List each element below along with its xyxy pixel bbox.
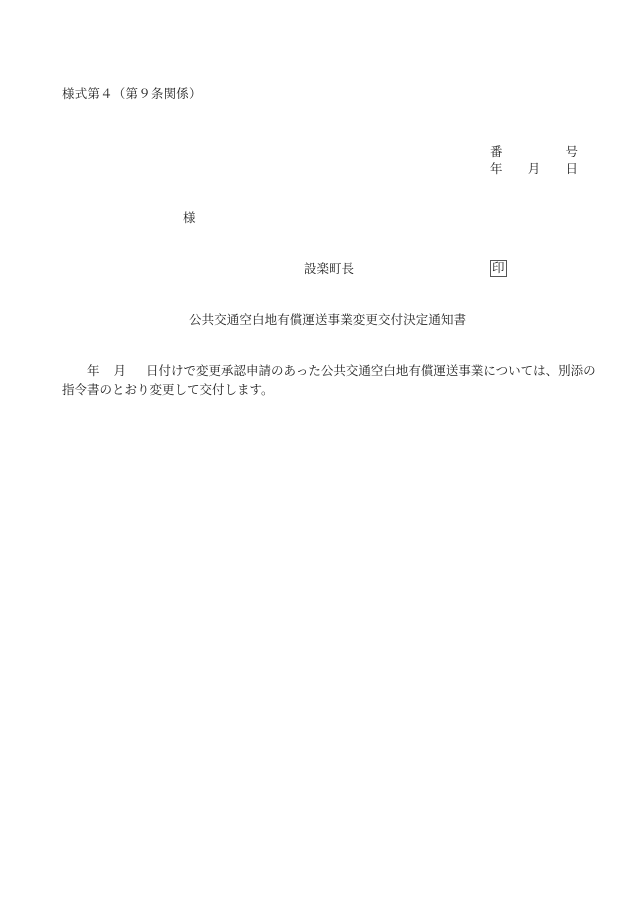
date-day: 日 [565,163,578,176]
body-line-1: 年月日付けで変更承認申請のあった公共交通空白地有償運送事業については、別添の [62,361,582,380]
number-label: 番 [490,146,503,159]
date-year: 年 [490,163,503,176]
seal-mark: 印 [490,260,507,277]
document-body: 年月日付けで変更承認申請のあった公共交通空白地有償運送事業については、別添の 指… [62,361,582,399]
number-suffix: 号 [565,146,578,159]
issuer-name: 設楽町長 [304,263,354,276]
document-title: 公共交通空白地有償運送事業変更交付決定通知書 [189,314,466,327]
body-line-2: 指令書のとおり変更して交付します。 [62,380,582,399]
date-month: 月 [528,163,541,176]
addressee-suffix: 様 [183,212,196,225]
form-label: 様式第４（第９条関係） [62,88,202,101]
body-line-1-text: 日付けで変更承認申請のあった公共交通空白地有償運送事業については、別添の [146,363,596,378]
body-year: 年 [87,363,100,378]
document-date-line: 年 月 日 [490,163,578,176]
body-month: 月 [114,363,127,378]
document-number-line: 番 号 [490,146,578,159]
